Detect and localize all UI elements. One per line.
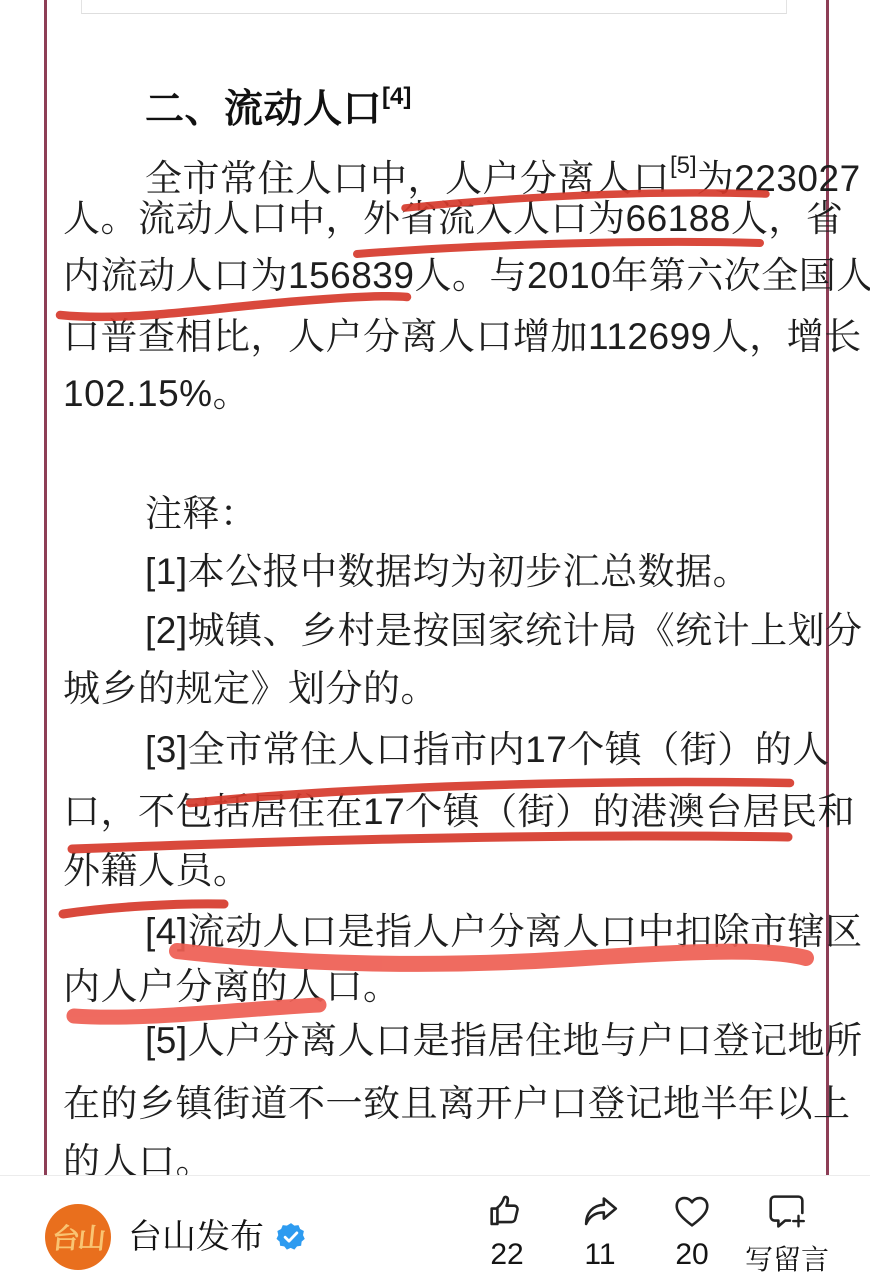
note-line: 口，不包括居住在17个镇（街）的港澳台居民和 xyxy=(63,783,815,841)
comment-plus-icon xyxy=(764,1188,810,1234)
heart-button[interactable]: 20 xyxy=(646,1188,738,1272)
paragraph-line: 口普查相比，人户分离人口增加112699人，增长 xyxy=(63,308,815,366)
thumbs-up-icon xyxy=(484,1188,530,1234)
like-button[interactable]: 22 xyxy=(461,1188,553,1272)
notes-heading: 注释： xyxy=(63,485,870,543)
share-count: 11 xyxy=(554,1238,646,1272)
note-line: 内人户分离的人口。 xyxy=(63,958,815,1016)
paragraph-line: 内流动人口为156839人。与2010年第六次全国人 xyxy=(63,247,815,305)
heart-icon xyxy=(669,1188,715,1234)
article-page: 二、流动人口[4] 全市常住人口中，人户分离人口[5]为223027 人。流动人… xyxy=(0,0,870,1280)
avatar-monogram: 台山 xyxy=(50,1217,106,1257)
note-line: [3]全市常住人口指市内17个镇（街）的人 xyxy=(63,721,870,779)
note-line: [5]人户分离人口是指居住地与户口登记地所 xyxy=(63,1012,870,1070)
share-arrow-icon xyxy=(577,1188,623,1234)
note-line: 在的乡镇街道不一致且离开户口登记地半年以上 xyxy=(63,1075,815,1133)
note-line: [1]本公报中数据均为初步汇总数据。 xyxy=(63,543,870,601)
note-line: 的人口。 xyxy=(63,1133,815,1175)
heart-count: 20 xyxy=(646,1238,738,1272)
share-button[interactable]: 11 xyxy=(554,1188,646,1272)
verified-badge-icon xyxy=(276,1222,306,1252)
account-name[interactable]: 台山发布 xyxy=(128,1204,306,1270)
footnote-ref-4: [4] xyxy=(382,83,411,110)
note-line: [2]城镇、乡村是按国家统计局《统计上划分 xyxy=(63,602,870,660)
section-title: 二、流动人口[4] xyxy=(63,68,870,126)
account-avatar[interactable]: 台山 xyxy=(45,1204,111,1270)
note-line: 外籍人员。 xyxy=(63,842,815,900)
paragraph-line: 全市常住人口中，人户分离人口[5]为223027 xyxy=(63,137,870,195)
note-line: [4]流动人口是指人户分离人口中扣除市辖区 xyxy=(63,903,870,961)
comment-button[interactable]: 写留言 xyxy=(741,1188,833,1278)
footnote-ref-5: [5] xyxy=(670,152,697,179)
note-line: 城乡的规定》划分的。 xyxy=(63,660,815,718)
like-count: 22 xyxy=(461,1238,553,1272)
comment-label: 写留言 xyxy=(741,1238,833,1278)
footer-action-bar: 台山 台山发布 22 11 xyxy=(0,1175,870,1280)
article-body: 二、流动人口[4] 全市常住人口中，人户分离人口[5]为223027 人。流动人… xyxy=(0,0,870,1175)
paragraph-line: 102.15%。 xyxy=(63,365,815,423)
paragraph-line: 人。流动人口中，外省流入人口为66188人，省 xyxy=(63,190,815,248)
